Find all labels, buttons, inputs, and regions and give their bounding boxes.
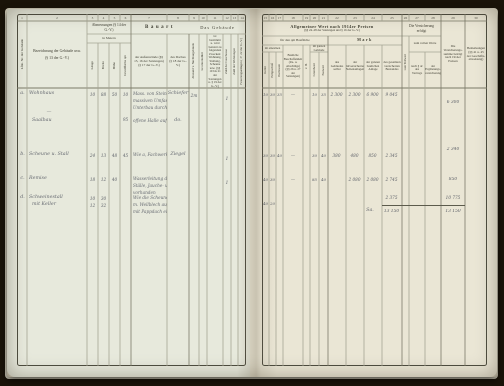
col-number: 18 [283,14,303,21]
entry-abschlag: — [283,177,303,182]
table-left: 1 2 3 4 5 6 7 8 9 10 11 12 13 14 Lfde. N… [17,14,246,366]
entry-dim: 10 [87,92,98,97]
entries-left: a. Wohnhaus 10 88 50 10 Mass. von Stein … [17,88,246,366]
entry-name: Wohnhaus [29,91,54,96]
col-header-versicherungssumme: Die Versicherungs- summe beträgt nach 19… [441,21,465,88]
col-header-unterkellert: ist unterkellert [199,34,207,88]
col-header-bezeichnung: Bezeichnung der Gebäude usw. (§ 13 der G… [27,21,87,88]
entry-wert: 40 [319,177,328,182]
entry-dim: 10 [120,92,131,97]
col-header-feuerung-label: Feuerungsanlagen (§ 22 der G.-V.) [240,38,244,85]
total-label: Sa. [360,208,380,213]
col-header-dach: des Daches (§ 18 der G.-V.) [167,34,189,88]
entry-mark: 2 080 [364,177,381,182]
entry-qm: 10 [262,92,269,97]
col-number: 8 [167,14,189,21]
col-number: 7 [131,14,167,21]
entry-dim: 18 [87,177,98,182]
col-header-abstand-label: Abstand v. Nachbargebäude [192,43,196,79]
col-header-beschaffenheit: Bauliche Beschaffenheit (Zu- u. Abschläg… [283,45,303,88]
entry-dim: 40 [109,177,120,182]
table-right: 15 16 17 18 19 20 21 22 23 24 25 26 27 2… [262,14,487,366]
group-header-versicherung: Die Versicherung erfolgt [402,21,441,36]
entry-wert: 35 [319,92,328,97]
col-number: 21 [319,14,328,21]
entry-name: Remise [29,176,47,181]
entry-mark: 2 080 [346,177,363,182]
entry-summe: 6 300 [442,100,464,105]
entry-mark: 480 [346,153,363,158]
entry-qm: 30 [262,153,269,158]
col-header-hoehe: Höhe [109,43,120,88]
col-header-ergaenzung: der Ergänzungs- versicherung [425,52,441,88]
col-header-teilwert-label: zum Teilwert [404,54,408,70]
col-header-bauwert-label: Bauwert [322,65,326,75]
col-header-keller-label: Keller [264,66,268,74]
entry-summe: 850 [442,177,464,182]
entry-dim: 24 [87,153,98,158]
entry-letter: a. [18,91,27,96]
entry-qm: 30 [269,153,276,158]
entry-qm: 40 [262,201,269,206]
entry-letter: c. [18,176,27,181]
col-header-wohnungen: Zahl der Wohnungen [231,34,238,88]
entry-bauart: mit Pappdach eingedeckt [133,209,167,214]
col-number: 6 [120,14,131,21]
page-right: 15 16 17 18 19 20 21 22 23 24 25 26 27 2… [250,9,497,377]
entry-qm: 20 [269,201,276,206]
entry-bauart: Wasserleitung durch sämtliche [133,176,167,181]
page-left: 1 2 3 4 5 6 7 8 9 10 11 12 13 14 Lfde. N… [7,9,250,377]
col-number: 4 [98,14,109,21]
entry-bauart: m. Wellblech auf Holzfachwerk, [133,202,167,207]
col-header-nach-vertrag: nach § 4c des Vertrags [409,52,425,88]
col-number: 5 [109,14,120,21]
entry-name-line2: mit Keller [32,202,56,207]
col-header-mark-nebenanlagen: der mitversicherten Nebenanlagen [346,45,364,88]
entry-qm: 30 [269,177,276,182]
col-header-teilwert: zum Teilwert [402,36,409,88]
entry-geschosse: 1 [223,156,231,161]
entry-dim: 12 [98,177,109,182]
col-header-bemerkungen: Bemerkungen (§§ 41 u. 45 der Geschäfts- … [465,21,487,88]
col-header-erdgeschoss-label: Erdgeschoß [271,63,275,78]
entry-dach: Ziegel [167,152,189,157]
entry-dim: 50 [109,92,120,97]
subheader-voller-wert: zum vollen Werte [409,36,441,52]
subheader-qm-bauflaeche: für den qm Baufläche [262,36,328,45]
entry-dach: Schiefer [167,91,189,96]
total-summe: 13 150 [442,209,464,214]
col-header-unterkellert-label: ist unterkellert [201,52,205,71]
col-header-grundflaeche: Grundfläche qm [120,43,131,88]
photo-background: 1 2 3 4 5 6 7 8 9 10 11 12 13 14 Lfde. N… [0,0,504,386]
entry-abstand: 2m [189,93,199,98]
group-header-abmessungen: Abmessungen (§ 14 der G.-V.) [87,21,131,34]
col-number: 1 [17,14,27,21]
entry-dim: 95 [120,117,131,122]
entry-mark: 2 345 [382,153,401,158]
entry-mark: 2 300 [328,92,345,97]
col-number: 27 [409,14,425,21]
col-header-mark-gebaeude: des Gebäudes selbst [328,45,346,88]
pre-total-summe: 10 775 [442,195,464,200]
entry-dash: — [43,110,55,115]
entry-dim: 30 [98,196,109,201]
col-number: 28 [425,14,441,21]
col-number: 13 [231,14,238,21]
entries-right: 10 30 35 — 10 35 2 300 2 300 6 900 9 045… [262,88,487,366]
col-header-laenge-label: Länge [90,61,94,69]
col-header-nutzung: ist bestimmt u. wird benutzt zu folgende… [207,34,223,88]
col-header-abstand: Abstand v. Nachbargebäude [189,34,199,88]
entry-bauart: Mass. von Stein u. Ziegeln m. [133,91,167,96]
entry-dim: 12 [87,203,98,208]
col-header-bauwert: Bauwert [319,52,328,88]
entry-dach: do. [167,118,189,123]
entry-dim: 32 [98,203,109,208]
entry-name: Scheune u. Stall [29,152,69,157]
col-number: 15 [262,14,269,21]
col-header-grundflaeche-label: Grundfläche qm [124,55,128,76]
col-number: 23 [346,14,364,21]
sum-rule [382,205,465,206]
col-number: 20 [310,14,319,21]
entry-summe: 2 340 [442,147,464,152]
ledger-scan: 1 2 3 4 5 6 7 8 9 10 11 12 13 14 Lfde. N… [7,9,497,377]
col-header-hoehe-label: Höhe [112,62,116,69]
entry-wert: 30 [310,153,319,158]
col-header-keller: Keller [262,52,269,88]
entry-bauart: offene Halle auf eisernen Stützen [133,118,167,123]
entry-dim: 10 [87,196,98,201]
col-number: 26 [402,14,409,21]
entry-mark: 2 300 [346,92,363,97]
group-header-allgemeiner-wert: Allgemeiner Wert nach 1914er Preisen (§§… [262,21,402,36]
col-header-breite-label: Breite [101,61,105,69]
entry-dim: 45 [120,153,131,158]
col-header-geschosse: Zahl der Geschosse [223,34,231,88]
group-header-bauart: Bauart [131,21,189,34]
col-number: 2 [27,14,87,21]
col-number: 22 [328,14,346,21]
entry-dim: 88 [98,92,109,97]
col-header-vh: v. H. [303,45,310,88]
col-header-laenge: Länge [87,43,98,88]
col-header-grundwert: Grundwert [310,52,319,88]
entry-bauart: Unterbau durchweg massiv [133,105,167,110]
entry-letter: d. [18,195,27,200]
col-header-feuerung: Feuerungsanlagen (§ 22 der G.-V.) [238,34,246,88]
col-number: 30 [465,14,487,21]
entry-abschlag: — [283,92,303,97]
total-bestand: 13 150 [382,209,401,214]
col-header-dachraum-label: Dachraum [278,64,282,77]
col-header-mark-gesamtbestand: des gesamten versicherten Bestandes [382,45,402,88]
col-header-aussenwaende: der Außenwände (§§ 15, 16 der Satzungen)… [131,34,167,88]
subheader-in-metern: in Metern [87,34,131,43]
col-number: 3 [87,14,98,21]
subheader-mark: Mark [328,36,402,45]
entry-qm: 35 [276,92,283,97]
col-header-dachraum: Dachraum [276,52,283,88]
col-number: 24 [364,14,382,21]
col-number: 29 [441,14,465,21]
group-header-das-gebaeude: Das Gebäude [189,21,246,34]
entry-name: Saalbau [32,118,52,123]
col-header-grundwert-label: Grundwert [313,63,317,76]
col-number: 9 [189,14,199,21]
col-header-breite: Breite [98,43,109,88]
subheader-im-ganzen-gebaeude: im ganzen Gebäude [310,45,328,52]
entry-mark: 380 [328,153,345,158]
entry-bauart: Ställe, Jauche- u. Futterküche [133,183,167,188]
entry-wert: 40 [319,153,328,158]
entry-name: Schweinestall [29,195,63,200]
entry-geschosse: 1 [223,96,231,101]
entry-bauart: Wie a, Fachwerk m. Ziegeln ausgem. [133,152,167,157]
col-number: 16 [269,14,276,21]
col-header-erdgeschoss: Erdgeschoß [269,52,276,88]
entry-mark: 6 900 [364,92,381,97]
pre-total-bestand: 2 375 [382,195,401,200]
entry-mark: 2 745 [382,177,401,182]
entry-bauart: massiven Umfassungswänden, [133,98,167,103]
entry-wert: 10 [310,92,319,97]
entry-dim: 13 [98,153,109,158]
col-header-lfd-nr: Lfde. Nr. der Gebäude [17,21,27,88]
entry-abschlag: — [283,153,303,158]
group-header-allgemeiner-wert-ref: (§§ 24–28 der Satzungen und § 16 der G.-… [304,29,360,33]
entry-qm: 30 [269,92,276,97]
col-header-geschosse-label: Zahl der Geschosse [225,49,229,74]
col-number: 17 [276,14,283,21]
subheader-im-einzelnen: im einzelnen [262,45,283,52]
entry-geschosse: 1 [223,180,231,185]
col-number: 12 [223,14,231,21]
col-header-lfd-nr-label: Lfde. Nr. der Gebäude [20,39,24,69]
col-number: 14 [238,14,246,21]
col-number: 19 [303,14,310,21]
col-number: 11 [207,14,223,21]
entry-mark: 9 045 [382,92,401,97]
col-header-mark-bauliche-anlage: der ganzen baulichen Anlage [364,45,382,88]
col-number: 10 [199,14,207,21]
entry-qm: 40 [262,177,269,182]
col-header-wohnungen-label: Zahl der Wohnungen [233,48,237,75]
entry-dim: 48 [109,153,120,158]
col-number: 25 [382,14,402,21]
col-header-vh-label: v. H. [305,63,309,69]
entry-bauart: Wie die Scheune, die Wände [133,195,167,200]
entry-qm: 40 [276,153,283,158]
entry-wert: 85 [310,177,319,182]
entry-letter: b. [18,152,27,157]
entry-mark: 850 [364,153,381,158]
